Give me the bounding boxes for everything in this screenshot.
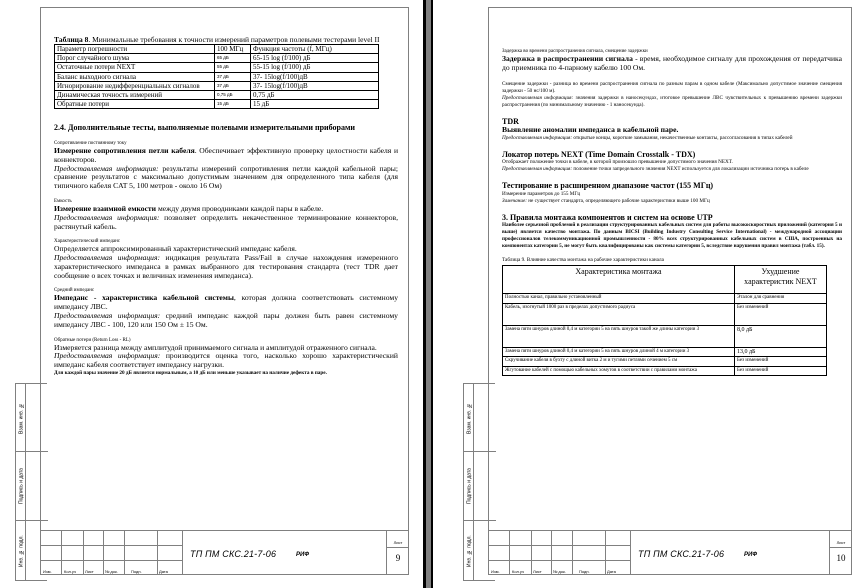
- lead-bold: Импеданс - характеристика кабельной сист…: [54, 293, 234, 302]
- table-header-row: Параметр погрешности 100 МГц Функция час…: [55, 45, 379, 54]
- stamp-label-signature-date: Подпись и дата: [465, 454, 474, 518]
- cell: Без изменений: [735, 303, 827, 325]
- block-info: Предоставляемая информация: индикация ре…: [54, 254, 398, 280]
- sheet-box: Лист 9: [386, 531, 408, 575]
- info-text: положение точки запредельного значения N…: [572, 166, 809, 172]
- margin-stamp-page-9: Взам. инв. № Подпись и дата Инв. № подл.: [15, 383, 47, 581]
- sheet-label: Лист: [387, 539, 409, 548]
- table-row: Скручивание кабеля в бухту с длиной витк…: [503, 357, 827, 367]
- stamp-label-inv-orig: Инв. № подл.: [17, 523, 26, 579]
- table-row: Полностью канал, правильно установленный…: [503, 294, 827, 304]
- document-number: ТП ПМ СКС.21-7-06: [638, 549, 724, 559]
- grid-line: [41, 545, 182, 546]
- caption-signature: Подп.: [579, 569, 590, 574]
- header-cell: Характеристика монтажа: [503, 266, 735, 294]
- cell: Полностью канал, правильно установленный: [503, 294, 735, 304]
- caption-doc-no: № док.: [553, 569, 566, 574]
- extended-range-text: Измерение параметров до 155 МГц: [502, 191, 842, 198]
- table-8-caption-text: . Минимальные требования к точности изме…: [88, 35, 379, 44]
- info-label: Предоставляемая информация:: [54, 311, 160, 320]
- cell: Порог случайного шума: [55, 54, 215, 63]
- delay-bold: Задержка в распространении сигнала: [502, 54, 633, 63]
- page-9: Таблица 8. Минимальные требования к точн…: [40, 7, 409, 575]
- info-label: Предоставляемая информация:: [54, 351, 160, 360]
- header-cell: Ухудшение характеристик NEXT: [735, 266, 827, 294]
- section-3-text: Наиболее серьезной проблемой в реализаци…: [502, 222, 842, 250]
- sheet-label: Лист: [830, 539, 852, 548]
- table-row: Кабель, изогнутый 1000 раз в пределах до…: [503, 303, 827, 325]
- info-label: Предоставляемая информация:: [502, 135, 572, 141]
- grid-line: [103, 531, 104, 575]
- cell: Остаточные потери NEXT: [55, 63, 215, 72]
- cell: 0,75 дБ: [215, 91, 251, 100]
- stamp-divider: [16, 520, 48, 521]
- cell: 55-15 log (f/100) дБ: [251, 63, 379, 72]
- delay-paragraph: Задержка в распространении сигнала - вре…: [502, 55, 842, 73]
- lead-text: Определяется аппроксимированный характер…: [54, 244, 297, 253]
- table-9-caption: Таблица 9. Влияние качества монтажа на р…: [502, 257, 842, 264]
- note-label: Замечание:: [502, 198, 527, 204]
- page-10-content: Задержка во времени распространения сигн…: [502, 48, 842, 376]
- caption-signature: Подп.: [131, 569, 142, 574]
- cell: 65 дБ: [215, 54, 251, 63]
- section-3-title: 3. Правила монтажа компонентов и систем …: [502, 213, 842, 223]
- cell: 37 дБ: [215, 81, 251, 90]
- cell: Кабель, изогнутый 1000 раз в пределах до…: [503, 303, 735, 325]
- block-note: Для каждой пары значение 20 дБ является …: [54, 370, 398, 377]
- grid-line: [61, 531, 62, 575]
- block-lead: Измерение сопротивления петли кабеля. Об…: [54, 147, 398, 165]
- grid-line: [157, 531, 158, 575]
- block-info: Предоставляемая информация: позволяет оп…: [54, 214, 398, 232]
- grid-line: [182, 531, 183, 575]
- stamp-label-inv-orig: Инв. № подл.: [465, 523, 474, 579]
- margin-stamp-page-10: Взам. инв. № Подпись и дата Инв. № подл.: [463, 383, 495, 581]
- lead-text: между двумя проводниками каждой пары в к…: [156, 204, 323, 213]
- cell: Обратные потери: [55, 100, 215, 109]
- grid-line: [489, 545, 630, 546]
- grid-line: [551, 531, 552, 575]
- info-label: Предоставляемая информация:: [502, 95, 573, 101]
- grid-line: [509, 531, 510, 575]
- table-header-row: Характеристика монтажа Ухудшение характе…: [503, 266, 827, 294]
- stamp-label-replace-inv: Взам. инв. №: [465, 388, 474, 448]
- title-block: Изм. Кол.уч Лист № док. Подп. Дата ТП ПМ…: [41, 530, 408, 574]
- stamp-label-signature-date: Подпись и дата: [17, 454, 26, 518]
- table-8-caption-label: Таблица 8: [54, 35, 88, 44]
- tdx-info: Предоставляемая информация: положение то…: [502, 166, 842, 173]
- skew-paragraph: Смещение задержки - разница во времени р…: [502, 81, 842, 95]
- header-cell: 100 МГц: [215, 45, 251, 54]
- cell: 37- 15log(f/100)дB: [251, 81, 379, 90]
- table-row: Игнорирование недифференциальных сигнало…: [55, 81, 379, 90]
- cell: 37 дБ: [215, 72, 251, 81]
- note-text: не существует стандарта, определяющего р…: [527, 198, 710, 204]
- cell: Жгутование кабелей с помощью кабельных х…: [503, 366, 735, 376]
- sheet-box: Лист 10: [829, 531, 851, 575]
- table-8: Параметр погрешности 100 МГц Функция час…: [54, 44, 379, 109]
- page-separator: [423, 0, 433, 588]
- table-row: Динамическая точность измерений 0,75 дБ …: [55, 91, 379, 100]
- extended-range-title: Тестирование в расширенном диапазоне час…: [502, 181, 842, 191]
- caption-doc-no: № док.: [105, 569, 118, 574]
- lead-bold: Измерение взаимной емкости: [54, 204, 156, 213]
- cell: Без изменений: [735, 366, 827, 376]
- grid-line: [489, 560, 630, 561]
- spacer: [502, 73, 842, 81]
- table-row: Замена пяти шнуров длиной 0,4 м категори…: [503, 325, 827, 347]
- cell: 15 дБ: [251, 100, 379, 109]
- grid-line: [41, 560, 182, 561]
- cell: Замена пяти шнуров длиной 0,4 м категори…: [503, 325, 735, 347]
- title-block: Изм. Кол.уч Лист № док. Подп. Дата ТП ПМ…: [489, 530, 851, 574]
- sheet-number: 9: [387, 553, 409, 563]
- table-row: Остаточные потери NEXT 55 дБ 55-15 log (…: [55, 63, 379, 72]
- cell: Замена пяти шнуров длиной 0,4 м категори…: [503, 347, 735, 357]
- block-avg-impedance: Средний импеданс Импеданс - характеристи…: [54, 287, 398, 329]
- tdr-info: Предоставляемая информация: открытые кон…: [502, 135, 842, 142]
- skew-info: Предоставляемая информация: значения зад…: [502, 95, 842, 109]
- info-label: Предоставляемая информация:: [54, 253, 160, 262]
- cell: 13,0 дБ: [735, 347, 827, 357]
- table-row: Порог случайного шума 65 дБ 65-15 log (f…: [55, 54, 379, 63]
- table-row: Баланс выходного сигнала 37 дБ 37- 15log…: [55, 72, 379, 81]
- cell: 37- 15log(f/100)дB: [251, 72, 379, 81]
- stamp-divider: [464, 520, 496, 521]
- caption-list: Лист: [533, 569, 542, 574]
- caption-list: Лист: [85, 569, 94, 574]
- grid-line: [124, 531, 125, 575]
- document-number: ТП ПМ СКС.21-7-06: [190, 549, 276, 559]
- block-info: Предоставляемая информация: средний импе…: [54, 312, 398, 330]
- cell: Игнорирование недифференциальных сигнало…: [55, 81, 215, 90]
- table-9: Характеристика монтажа Ухудшение характе…: [502, 265, 827, 376]
- caption-date: Дата: [159, 569, 168, 574]
- cell: Эталон для сравнения: [735, 294, 827, 304]
- table-row: Жгутование кабелей с помощью кабельных х…: [503, 366, 827, 376]
- sheet-number: 10: [830, 553, 852, 563]
- cell: 15 дБ: [215, 100, 251, 109]
- block-info: Предоставляемая информация: результаты и…: [54, 165, 398, 191]
- table-8-caption: Таблица 8. Минимальные требования к точн…: [54, 35, 398, 44]
- block-char-impedance: Характеристический импеданс Определяется…: [54, 238, 398, 280]
- document-viewport[interactable]: Таблица 8. Минимальные требования к точн…: [0, 0, 863, 588]
- stamp-divider: [16, 451, 48, 452]
- info-label: Предоставляемая информация:: [54, 164, 159, 173]
- stamp-label-replace-inv: Взам. инв. №: [17, 388, 26, 448]
- title-block-grid: Изм. Кол.уч Лист № док. Подп. Дата: [41, 531, 182, 575]
- organization-mark: РИФ: [296, 552, 309, 558]
- extended-range-note: Замечание: не существует стандарта, опре…: [502, 198, 842, 205]
- organization-mark: РИФ: [744, 552, 757, 558]
- grid-line: [605, 531, 606, 575]
- cell: Без изменений: [735, 357, 827, 367]
- block-dc-resistance: Сопротивление постоянному току Измерение…: [54, 140, 398, 191]
- info-text: открытые концы, короткие замыкания, нека…: [572, 135, 792, 141]
- caption-date: Дата: [607, 569, 616, 574]
- block-capacitance: Емкость Измерение взаимной емкости между…: [54, 198, 398, 231]
- grid-line: [83, 531, 84, 575]
- cell: Скручивание кабеля в бухту с длиной витк…: [503, 357, 735, 367]
- cell: 65-15 log (f/100) дБ: [251, 54, 379, 63]
- block-lead: Импеданс - характеристика кабельной сист…: [54, 294, 398, 312]
- lead-bold: Измерение сопротивления петли кабеля: [54, 146, 195, 155]
- info-label: Предоставляемая информация:: [54, 213, 159, 222]
- caption-kol-uch: Кол.уч: [512, 569, 524, 574]
- page-10: Задержка во времени распространения сигн…: [488, 7, 852, 575]
- block-return-loss: Обратные потери (Return Loss - RL) Измер…: [54, 337, 398, 377]
- header-cell: Функция частоты (f, МГц): [251, 45, 379, 54]
- cell: 0,75 дБ: [251, 91, 379, 100]
- header-cell: Параметр погрешности: [55, 45, 215, 54]
- grid-line: [572, 531, 573, 575]
- caption-kol-uch: Кол.уч: [64, 569, 76, 574]
- lead-text: Измеряется разница между амплитудой прин…: [54, 343, 377, 352]
- page-9-content: Таблица 8. Минимальные требования к точн…: [54, 35, 398, 377]
- cell: 55 дБ: [215, 63, 251, 72]
- title-block-grid: Изм. Кол.уч Лист № док. Подп. Дата: [489, 531, 630, 575]
- info-label: Предоставляемая информация:: [502, 166, 572, 172]
- cell: 8,0 дБ: [735, 325, 827, 347]
- table-row: Замена пяти шнуров длиной 0,4 м категори…: [503, 347, 827, 357]
- cell: Динамическая точность измерений: [55, 91, 215, 100]
- block-info: Предоставляемая информация: производится…: [54, 352, 398, 370]
- stamp-divider: [464, 451, 496, 452]
- grid-line: [531, 531, 532, 575]
- tdx-title: Локатор потерь NEXT (Time Domain Crossta…: [502, 150, 842, 160]
- grid-line: [630, 531, 631, 575]
- table-row: Обратные потери 15 дБ 15 дБ: [55, 100, 379, 109]
- cell: Баланс выходного сигнала: [55, 72, 215, 81]
- section-2-4-title: 2.4. Дополнительные тесты, выполняемые п…: [54, 123, 398, 133]
- tdr-subtitle: Выявление аномалии импеданса в кабельной…: [502, 126, 842, 135]
